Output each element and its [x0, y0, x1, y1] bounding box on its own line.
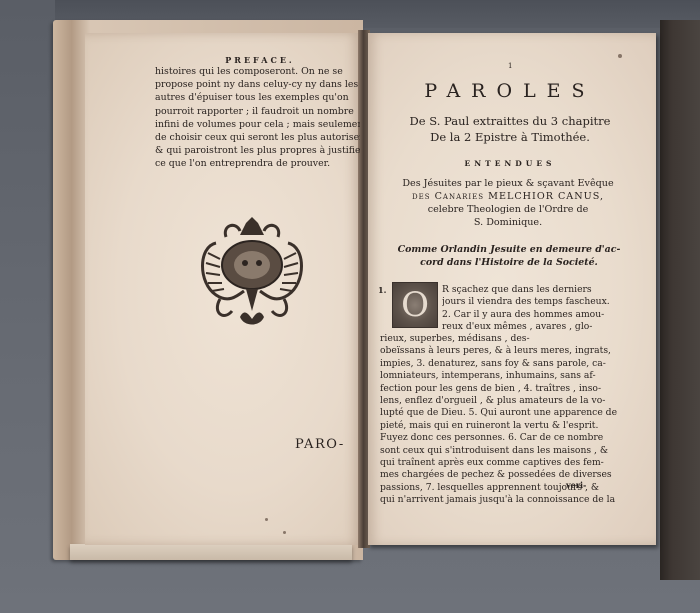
- attribution-line: S. Dominique.: [382, 216, 634, 229]
- text-line: lomniateurs, intemperans, inhumains, san…: [380, 370, 637, 382]
- text-line: qui n'arrivent jamais jusqu'à la connois…: [380, 494, 637, 506]
- italic-note: Comme Orlandin Jesuite en demeure d'ac- …: [380, 243, 638, 269]
- text-line: de choisir ceux qui seront les plus auto…: [155, 131, 360, 144]
- catchword: PARO-: [295, 437, 345, 452]
- paper-spot: [283, 531, 286, 534]
- text-line: pourroit rapporter ; il faudroit un nomb…: [155, 105, 360, 118]
- text-line: mes chargées de pechez & possedées de di…: [380, 469, 637, 481]
- text-line: jours il viendra des temps fascheux.: [442, 296, 637, 308]
- text-line: obeïssans à leurs peres, & à leurs meres…: [380, 345, 637, 357]
- right-shadow: [660, 20, 700, 580]
- dropcap-letter: O: [393, 283, 437, 327]
- text-line: ce que l'on entreprendra de prouver.: [155, 157, 360, 170]
- attribution-line: des Canaries MELCHIOR CANUS,: [382, 190, 634, 203]
- fleuron-ornament-icon: [196, 213, 308, 331]
- subtitle-line: De S. Paul extraittes du 3 chapitre: [385, 113, 635, 129]
- indented-body: R sçachez que dans les derniers jours il…: [442, 284, 637, 334]
- text-line: reux d'eux mêmes , avares , glo-: [442, 321, 637, 333]
- note-line: Comme Orlandin Jesuite en demeure d'ac-: [380, 243, 638, 256]
- entendues-heading: ENTENDUES: [400, 159, 620, 168]
- text-line: fection pour les gens de bien , 4. traît…: [380, 383, 637, 395]
- verse-marker: 1.: [378, 285, 386, 295]
- text-line: histoires qui les composeront. On ne se: [155, 65, 360, 78]
- text-line: passions, 7. lesquelles apprennent toujo…: [380, 482, 637, 494]
- attribution: Des Jésuites par le pieux & sçavant Evêq…: [382, 177, 634, 229]
- paper-spot: [265, 518, 268, 521]
- text-line: lens, enflez d'orgueil , & plus amateurs…: [380, 395, 637, 407]
- text-line: & qui paroistront les plus propres à jus…: [155, 144, 360, 157]
- text-line: propose point ny dans celuy-cy ny dans l…: [155, 78, 360, 91]
- page-title: PAROLES: [390, 80, 630, 102]
- note-line: cord dans l'Histoire de la Societé.: [380, 256, 638, 269]
- text-line: sont ceux qui s'introduisent dans les ma…: [380, 445, 637, 457]
- subtitle: De S. Paul extraittes du 3 chapitre De l…: [385, 113, 635, 145]
- subtitle-line: De la 2 Epistre à Timothée.: [385, 129, 635, 145]
- text-line: autres d'épuiser tous les exemples qu'on: [155, 91, 360, 104]
- body-text: rieux, superbes, médisans , des- obeïssa…: [380, 333, 637, 507]
- preface-text: histoires qui les composeront. On ne se …: [155, 65, 360, 171]
- text-line: pieté, mais qui en ruineront la vertu & …: [380, 420, 637, 432]
- text-line: Fuyez donc ces personnes. 6. Car de ce n…: [380, 432, 637, 444]
- text-line: impies, 3. denaturez, sans foy & sans pa…: [380, 358, 637, 370]
- catchword: veri-: [566, 480, 586, 490]
- attribution-line: celebre Theologien de l'Ordre de: [382, 203, 634, 216]
- attribution-line: Des Jésuites par le pieux & sçavant Evêq…: [382, 177, 634, 190]
- paper-spot: [618, 54, 622, 58]
- text-line: lupté que de Dieu. 5. Qui auront une app…: [380, 407, 637, 419]
- running-head: PREFACE.: [200, 55, 320, 65]
- text-line: 2. Car il y aura des hommes amou-: [442, 309, 637, 321]
- text-line: infini de volumes pour cela ; mais seule…: [155, 118, 360, 131]
- text-line: R sçachez que dans les derniers: [442, 284, 637, 296]
- cover-bottom-edge: [70, 544, 352, 560]
- text-line: qui traînent après eux comme captives de…: [380, 457, 637, 469]
- text-line: rieux, superbes, médisans , des-: [380, 333, 637, 345]
- dropcap-initial: O: [392, 282, 438, 328]
- page-number: 1: [508, 62, 512, 70]
